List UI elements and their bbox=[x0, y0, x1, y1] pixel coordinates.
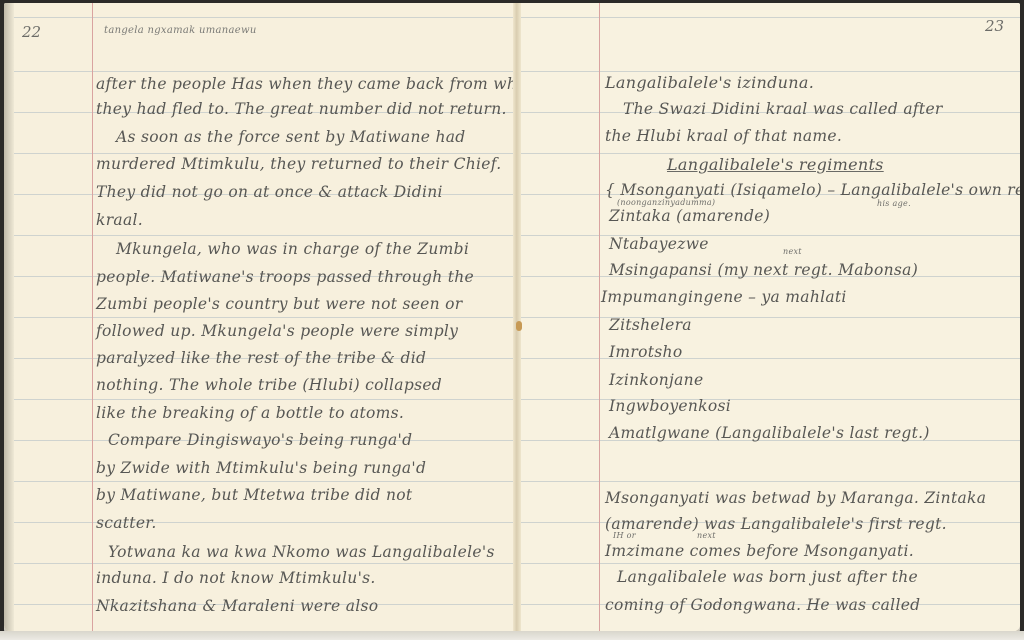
text-line: they had fled to. The great number did n… bbox=[96, 100, 507, 118]
regiment-item: Izinkonjane bbox=[609, 371, 703, 389]
text-line: nothing. The whole tribe (Hlubi) collaps… bbox=[96, 376, 442, 394]
text-line: paralyzed like the rest of the tribe & d… bbox=[96, 349, 426, 367]
text-line: Langalibalele was born just after the bbox=[617, 568, 918, 586]
text-line: people. Matiwane's troops passed through… bbox=[96, 268, 474, 286]
text-line: scatter. bbox=[96, 514, 157, 532]
regiment-note: (noonganzinyadumma) bbox=[617, 198, 715, 207]
regiment-note: next bbox=[783, 247, 802, 256]
regiment-item: Ingwboyenkosi bbox=[609, 397, 731, 415]
heading-regiments: Langalibalele's regiments bbox=[667, 155, 884, 174]
page-stack-edge bbox=[0, 631, 1024, 640]
margin-note: next bbox=[697, 531, 716, 540]
text-line: Compare Dingiswayo's being runga'd bbox=[108, 431, 412, 449]
text-line: They did not go on at once & attack Didi… bbox=[96, 183, 443, 201]
text-line: Zumbi people's country but were not seen… bbox=[96, 295, 463, 313]
left-margin-line bbox=[92, 3, 93, 631]
right-margin-line bbox=[599, 3, 600, 631]
text-line: murdered Mtimkulu, they returned to thei… bbox=[96, 155, 501, 173]
text-line: Nkazitshana & Maraleni were also bbox=[96, 597, 378, 615]
header-note: tangela ngxamak umanaewu bbox=[104, 25, 257, 36]
text-line: Yotwana ka wa kwa Nkomo was Langalibalel… bbox=[108, 543, 495, 561]
text-line: induna. I do not know Mtimkulu's. bbox=[96, 569, 376, 587]
regiment-item: Amatlgwane (Langalibalele's last regt.) bbox=[609, 424, 930, 442]
text-line: by Zwide with Mtimkulu's being runga'd bbox=[96, 459, 426, 477]
left-page: 22 tangela ngxamak umanaewu after the pe… bbox=[4, 3, 517, 631]
regiment-item: Zitshelera bbox=[609, 316, 692, 334]
text-line: coming of Godongwana. He was called bbox=[605, 596, 920, 614]
binding-gutter bbox=[513, 3, 521, 631]
regiment-item: Imrotsho bbox=[609, 343, 682, 361]
binding-stain bbox=[516, 321, 522, 331]
text-line: after the people Has when they came back… bbox=[96, 75, 544, 93]
text-line: like the breaking of a bottle to atoms. bbox=[96, 404, 404, 422]
text-line: Msonganyati was betwad by Maranga. Zinta… bbox=[605, 489, 986, 507]
text-line: the Hlubi kraal of that name. bbox=[605, 127, 842, 145]
regiment-item: { Msonganyati (Isiqamelo) – Langalibalel… bbox=[605, 181, 1020, 199]
margin-note: IH or bbox=[613, 531, 636, 540]
notebook-spread: 22 tangela ngxamak umanaewu after the pe… bbox=[4, 3, 1020, 631]
text-line: As soon as the force sent by Matiwane ha… bbox=[116, 128, 466, 146]
text-line: The Swazi Didini kraal was called after bbox=[623, 100, 943, 118]
right-page: 23 Langalibalele's izinduna. The Swazi D… bbox=[517, 3, 1020, 631]
text-line: by Matiwane, but Mtetwa tribe did not bbox=[96, 486, 412, 504]
regiment-item: Ntabayezwe bbox=[609, 235, 709, 253]
regiment-item: Impumangingene – ya mahlati bbox=[601, 288, 847, 306]
text-line: kraal. bbox=[96, 211, 143, 229]
regiment-item: Msingapansi (my next regt. Mabonsa) bbox=[609, 261, 918, 279]
left-page-number: 22 bbox=[22, 23, 41, 41]
text-line: (amarende) was Langalibalele's first reg… bbox=[605, 515, 947, 533]
right-page-number: 23 bbox=[985, 17, 1004, 35]
regiment-note: his age. bbox=[877, 199, 911, 208]
text-line: followed up. Mkungela's people were simp… bbox=[96, 322, 458, 340]
text-line: Mkungela, who was in charge of the Zumbi bbox=[116, 240, 469, 258]
text-line: Imzimane comes before Msonganyati. bbox=[605, 542, 914, 560]
heading-izinduna: Langalibalele's izinduna. bbox=[605, 73, 814, 92]
page-edge bbox=[4, 3, 14, 631]
regiment-item: Zintaka (amarende) bbox=[609, 207, 770, 225]
